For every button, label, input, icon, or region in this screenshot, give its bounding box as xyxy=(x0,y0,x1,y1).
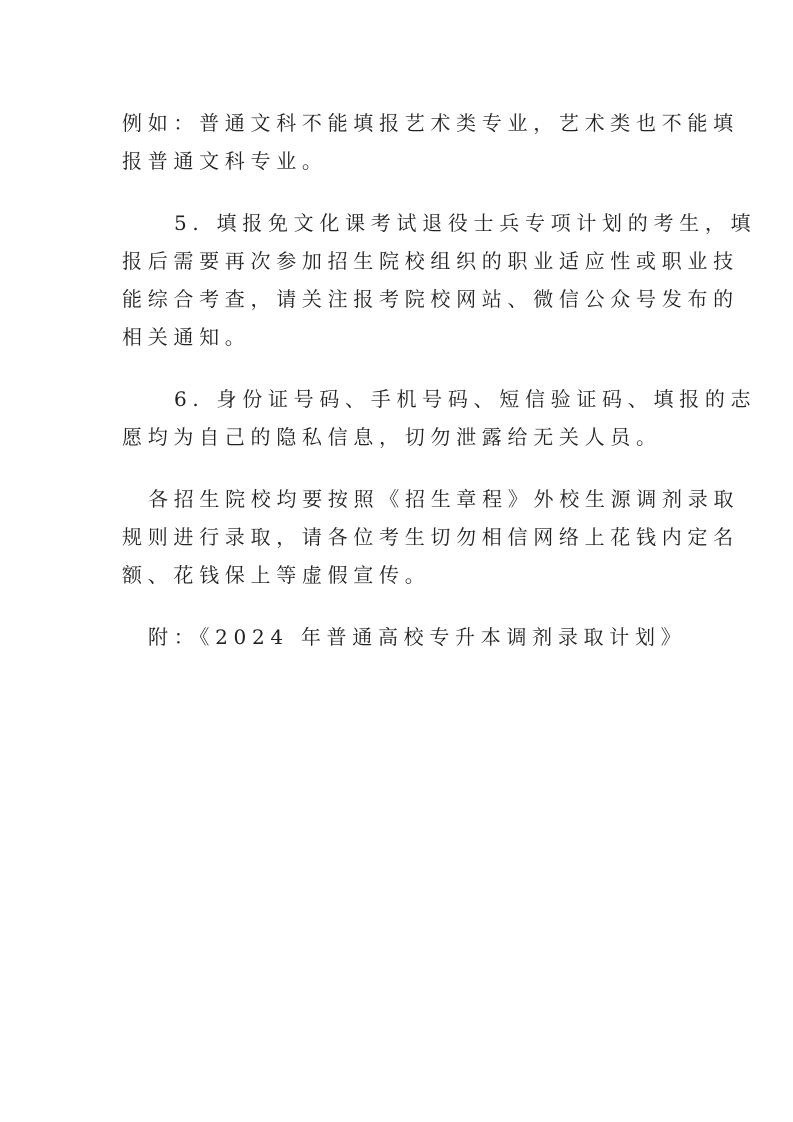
text-line: 报后需要再次参加招生院校组织的职业适应性或职业技 xyxy=(122,242,682,280)
document-page: 例如：普通文科不能填报艺术类专业，艺术类也不能填 报普通文科专业。 5. 填报免… xyxy=(122,104,682,680)
text-line: 6. 身份证号码、手机号码、短信验证码、填报的志 xyxy=(122,380,682,418)
text-line: 例如：普通文科不能填报艺术类专业，艺术类也不能填 xyxy=(122,104,682,142)
paragraph-attachment: 附：《2024 年普通高校专升本调剂录取计划》 xyxy=(122,618,682,656)
text-line: 各招生院校均要按照《招生章程》外校生源调剂录取 xyxy=(122,480,682,518)
paragraph-art-restriction: 例如：普通文科不能填报艺术类专业，艺术类也不能填 报普通文科专业。 xyxy=(122,104,682,180)
text-line: 5. 填报免文化课考试退役士兵专项计划的考生，填 xyxy=(122,204,682,242)
paragraph-admission-rules: 各招生院校均要按照《招生章程》外校生源调剂录取 规则进行录取，请各位考生切勿相信… xyxy=(122,480,682,594)
text-line: 能综合考查，请关注报考院校网站、微信公众号发布的 xyxy=(122,280,682,318)
paragraph-item-6: 6. 身份证号码、手机号码、短信验证码、填报的志 愿均为自己的隐私信息，切勿泄露… xyxy=(122,380,682,456)
text-line: 规则进行录取，请各位考生切勿相信网络上花钱内定名 xyxy=(122,518,682,556)
paragraph-item-5: 5. 填报免文化课考试退役士兵专项计划的考生，填 报后需要再次参加招生院校组织的… xyxy=(122,204,682,356)
text-line: 报普通文科专业。 xyxy=(122,142,682,180)
attachment-title: 附：《2024 年普通高校专升本调剂录取计划》 xyxy=(122,618,682,656)
text-line: 愿均为自己的隐私信息，切勿泄露给无关人员。 xyxy=(122,418,682,456)
text-line: 额、花钱保上等虚假宣传。 xyxy=(122,556,682,594)
text-line: 相关通知。 xyxy=(122,318,682,356)
